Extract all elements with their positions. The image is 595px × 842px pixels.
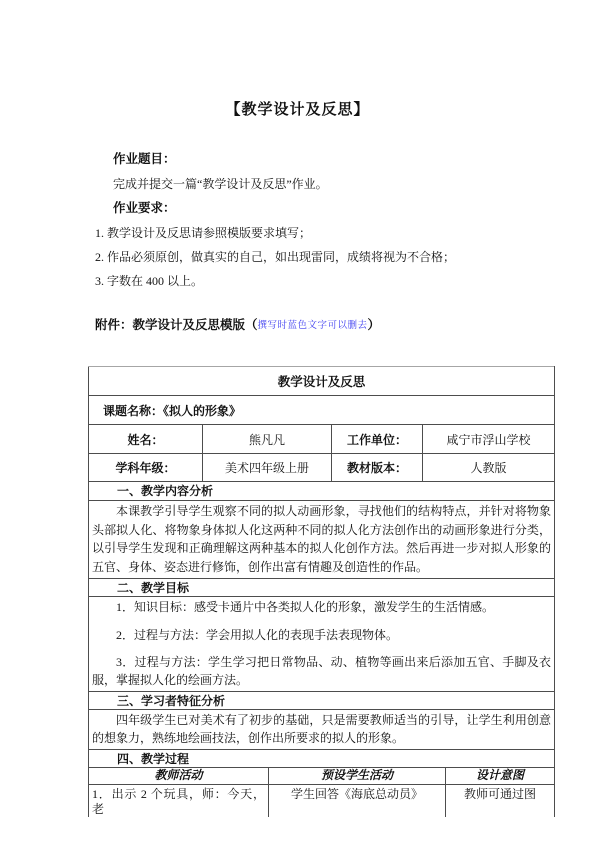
attachment-note-deletable: 撰写时蓝色文字可以删去 bbox=[258, 321, 368, 331]
attachment-line: 附件：教学设计及反思模版（撰写时蓝色文字可以删去） bbox=[95, 317, 595, 335]
content-analysis-paragraph: 本课教学引导学生观察不同的拟人动画形象，寻找他们的结构特点，并针对将物象头部拟人… bbox=[92, 502, 551, 576]
requirement-item: 2. 作品必须原创，做真实的自己，如出现雷同，成绩将视为不合格； bbox=[95, 250, 595, 264]
teaching-design-table: 教学设计及反思 课题名称：《拟人的形象》 姓名： 熊凡凡 工作单位： 咸宁市浮山… bbox=[88, 366, 555, 768]
course-title-cell: 课题名称：《拟人的形象》 bbox=[89, 396, 555, 425]
assignment-requirements-label: 作业要求： bbox=[113, 201, 595, 216]
section-3-body: 四年级学生已对美术有了初步的基础，只是需要教师适当的引导，让学生利用创意的想象力… bbox=[89, 710, 555, 750]
table-title: 教学设计及反思 bbox=[89, 367, 555, 396]
document-page: 【教学设计及反思】 作业题目： 完成并提交一篇“教学设计及反思”作业。 作业要求… bbox=[0, 0, 595, 842]
assignment-topic-text: 完成并提交一篇“教学设计及反思”作业。 bbox=[113, 177, 595, 191]
section-1-title: 一、教学内容分析 bbox=[89, 482, 555, 501]
edition-label: 教材版本： bbox=[332, 454, 423, 482]
process-col-design-intent: 设计意图 bbox=[446, 768, 555, 784]
objective-item: 2．过程与方法：学会用拟人化的表现手法表现物体。 bbox=[92, 627, 551, 645]
teaching-process-table: 教师活动 预设学生活动 设计意图 1．出示 2 个玩具，师：今天，老 学生回答《… bbox=[88, 768, 555, 817]
section-3-title: 三、学习者特征分析 bbox=[89, 692, 555, 710]
unit-value: 咸宁市浮山学校 bbox=[423, 425, 555, 454]
requirement-item: 1. 教学设计及反思请参照模版要求填写； bbox=[95, 226, 595, 240]
name-value: 熊凡凡 bbox=[203, 425, 332, 454]
assignment-topic-label: 作业题目： bbox=[113, 152, 595, 167]
teacher-activity-cell: 1．出示 2 个玩具，师：今天，老 bbox=[89, 784, 269, 817]
edition-value: 人教版 bbox=[423, 454, 555, 482]
grade-label: 学科年级： bbox=[89, 454, 203, 482]
grade-value: 美术四年级上册 bbox=[203, 454, 332, 482]
section-2-body: 1．知识目标：感受卡通片中各类拟人化的形象，激发学生的生活情感。 2．过程与方法… bbox=[89, 597, 555, 692]
requirement-item: 3. 字数在 400 以上。 bbox=[95, 274, 595, 288]
process-row: 1．出示 2 个玩具，师：今天，老 学生回答《海底总动员》 教师可通过图 bbox=[89, 784, 555, 817]
attachment-label: 附件：教学设计及反思模版 bbox=[95, 318, 245, 332]
learner-analysis-paragraph: 四年级学生已对美术有了初步的基础，只是需要教师适当的引导，让学生利用创意的想象力… bbox=[92, 711, 551, 747]
attachment-paren-open: （ bbox=[245, 318, 258, 332]
process-col-teacher-activity: 教师活动 bbox=[89, 768, 269, 784]
process-col-student-activity: 预设学生活动 bbox=[269, 768, 446, 784]
section-4-title: 四、教学过程 bbox=[89, 750, 555, 768]
section-2-title: 二、教学目标 bbox=[89, 579, 555, 597]
page-title: 【教学设计及反思】 bbox=[0, 0, 595, 119]
unit-label: 工作单位： bbox=[332, 425, 423, 454]
objective-item: 3．过程与方法：学生学习把日常物品、动、植物等画出来后添加五官、手脚及衣服，掌握… bbox=[92, 654, 551, 689]
section-1-body: 本课教学引导学生观察不同的拟人动画形象，寻找他们的结构特点，并针对将物象头部拟人… bbox=[89, 501, 555, 579]
attachment-paren-close: ） bbox=[368, 318, 381, 332]
student-activity-cell: 学生回答《海底总动员》 bbox=[269, 784, 446, 817]
name-label: 姓名： bbox=[89, 425, 203, 454]
objective-item: 1．知识目标：感受卡通片中各类拟人化的形象，激发学生的生活情感。 bbox=[92, 599, 551, 617]
design-intent-cell: 教师可通过图 bbox=[446, 784, 555, 817]
